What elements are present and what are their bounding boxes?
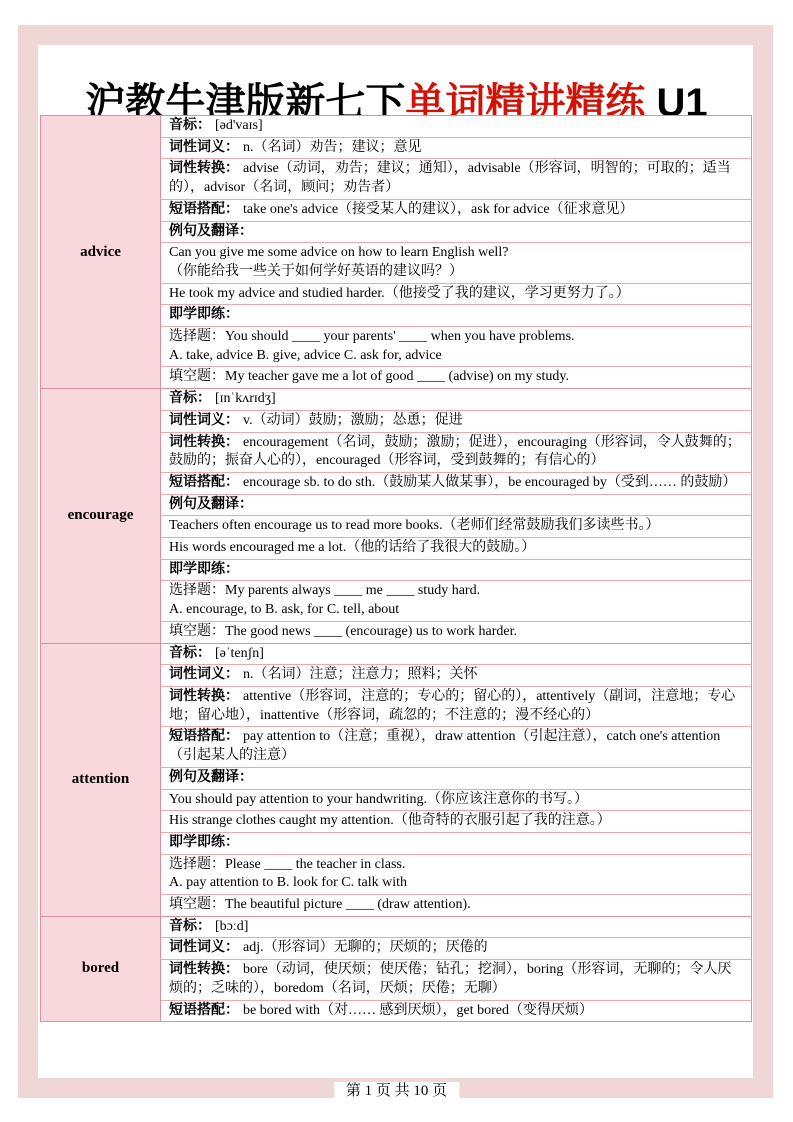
row-text: 选择题：My parents always ____ me ____ study… (169, 583, 480, 598)
detail-row: 词性转换：advise（动词，劝告；建议；通知），advisable（形容词，明… (161, 158, 751, 198)
row-text: Teachers often encourage us to read more… (169, 518, 659, 533)
row-text: 填空题：My teacher gave me a lot of good ___… (169, 369, 569, 384)
word-cell: advice (41, 116, 161, 388)
row-label: 即学即练： (169, 307, 239, 322)
row-text: His words encouraged me a lot.（他的话给了我很大的… (169, 540, 535, 555)
row-label: 词性转换： (169, 962, 239, 977)
detail-line: A. pay attention to B. look for C. talk … (169, 874, 745, 893)
detail-row: 短语搭配：pay attention to（注意；重视），draw attent… (161, 726, 751, 766)
detail-line: His words encouraged me a lot.（他的话给了我很大的… (169, 539, 745, 558)
detail-row: 例句及翻译： (161, 221, 751, 243)
row-label: 词性词义： (169, 140, 239, 155)
row-text: encourage sb. to do sth.（鼓励某人做某事），be enc… (243, 475, 736, 490)
row-label: 即学即练： (169, 835, 239, 850)
detail-line: 例句及翻译： (169, 496, 745, 515)
detail-line: 即学即练： (169, 561, 745, 580)
detail-line: （你能给我一些关于如何学好英语的建议吗？） (169, 263, 745, 282)
detail-row: 词性词义：n.（名词）劝告；建议；意见 (161, 137, 751, 159)
detail-row: 短语搭配：be bored with（对…… 感到厌烦），get bored（变… (161, 1000, 751, 1022)
row-label: 音标： (169, 919, 211, 934)
detail-line: A. take, advice B. give, advice C. ask f… (169, 347, 745, 366)
detail-row: Teachers often encourage us to read more… (161, 515, 751, 537)
word-section-encourage: encourage音标：[ɪnˈkʌrɪdʒ]词性词义：v.（动词）鼓励；激励；… (41, 388, 751, 642)
detail-row: You should pay attention to your handwri… (161, 789, 751, 811)
detail-line: 填空题：The beautiful picture ____ (draw att… (169, 896, 745, 915)
word-cell: attention (41, 644, 161, 916)
detail-line: 选择题：My parents always ____ me ____ study… (169, 582, 745, 601)
row-text: v.（动词）鼓励；激励；怂恿；促进 (243, 413, 463, 428)
detail-row: 即学即练： (161, 559, 751, 581)
detail-rows: 音标：[bɔːd]词性词义：adj.（形容词）无聊的；厌烦的；厌倦的词性转换：b… (161, 917, 751, 1022)
word-section-bored: bored音标：[bɔːd]词性词义：adj.（形容词）无聊的；厌烦的；厌倦的词… (41, 916, 751, 1022)
row-label: 例句及翻译： (169, 224, 253, 239)
row-text: 填空题：The good news ____ (encourage) us to… (169, 624, 517, 639)
row-label: 例句及翻译： (169, 497, 253, 512)
row-label: 短语搭配： (169, 202, 239, 217)
detail-line: 短语搭配：pay attention to（注意；重视），draw attent… (169, 728, 745, 765)
detail-row: He took my advice and studied harder.（他接… (161, 283, 751, 305)
row-text: 填空题：The beautiful picture ____ (draw att… (169, 897, 471, 912)
word-cell: encourage (41, 389, 161, 642)
row-text: [əd'vaɪs] (215, 118, 263, 133)
row-label: 词性词义： (169, 667, 239, 682)
detail-row: 即学即练： (161, 832, 751, 854)
detail-line: 填空题：The good news ____ (encourage) us to… (169, 623, 745, 642)
row-label: 短语搭配： (169, 729, 239, 744)
row-text: His strange clothes caught my attention.… (169, 813, 611, 828)
detail-row: 音标：[əˈtenʃn] (161, 644, 751, 665)
row-text: A. take, advice B. give, advice C. ask f… (169, 348, 442, 363)
detail-line: He took my advice and studied harder.（他接… (169, 285, 745, 304)
row-label: 短语搭配： (169, 1003, 239, 1018)
detail-row: 选择题：My parents always ____ me ____ study… (161, 580, 751, 620)
detail-row: 填空题：My teacher gave me a lot of good ___… (161, 366, 751, 388)
detail-line: 词性词义：n.（名词）劝告；建议；意见 (169, 139, 745, 158)
detail-line: 词性转换：bore（动词，使厌烦；使厌倦；钻孔；挖洞），boring（形容词，无… (169, 961, 745, 998)
detail-row: 词性转换：bore（动词，使厌烦；使厌倦；钻孔；挖洞），boring（形容词，无… (161, 959, 751, 999)
detail-row: 音标：[bɔːd] (161, 917, 751, 938)
detail-line: 短语搭配：take one's advice（接受某人的建议），ask for … (169, 201, 745, 220)
row-label: 词性词义： (169, 413, 239, 428)
detail-rows: 音标：[əd'vaɪs]词性词义：n.（名词）劝告；建议；意见词性转换：advi… (161, 116, 751, 388)
row-text: adj.（形容词）无聊的；厌烦的；厌倦的 (243, 940, 488, 955)
row-text: 选择题：Please ____ the teacher in class. (169, 857, 405, 872)
detail-row: His words encouraged me a lot.（他的话给了我很大的… (161, 537, 751, 559)
row-text: n.（名词）劝告；建议；意见 (243, 140, 422, 155)
detail-row: 短语搭配：encourage sb. to do sth.（鼓励某人做某事），b… (161, 472, 751, 494)
row-label: 即学即练： (169, 562, 239, 577)
row-text: A. encourage, to B. ask, for C. tell, ab… (169, 602, 399, 617)
detail-line: His strange clothes caught my attention.… (169, 812, 745, 831)
row-text: take one's advice（接受某人的建议），ask for advic… (243, 202, 634, 217)
row-text: be bored with（对…… 感到厌烦），get bored（变得厌烦） (243, 1003, 593, 1018)
detail-line: 即学即练： (169, 306, 745, 325)
row-text: [bɔːd] (215, 919, 248, 934)
page-number-footer: 第 1 页 共 10 页 (334, 1082, 459, 1100)
detail-line: 音标：[əd'vaɪs] (169, 117, 745, 136)
detail-line: 词性词义：v.（动词）鼓励；激励；怂恿；促进 (169, 412, 745, 431)
detail-row: 即学即练： (161, 304, 751, 326)
detail-line: 即学即练： (169, 834, 745, 853)
row-text: encouragement（名词，鼓励；激励；促进），encouraging（形… (169, 435, 741, 469)
detail-row: 填空题：The good news ____ (encourage) us to… (161, 621, 751, 643)
detail-line: 音标：[ɪnˈkʌrɪdʒ] (169, 390, 745, 409)
detail-line: A. encourage, to B. ask, for C. tell, ab… (169, 601, 745, 620)
detail-line: 词性词义：adj.（形容词）无聊的；厌烦的；厌倦的 (169, 939, 745, 958)
row-text: （你能给我一些关于如何学好英语的建议吗？） (169, 264, 463, 279)
detail-row: 填空题：The beautiful picture ____ (draw att… (161, 894, 751, 916)
detail-line: 例句及翻译： (169, 769, 745, 788)
detail-line: 词性转换：advise（动词，劝告；建议；通知），advisable（形容词，明… (169, 160, 745, 197)
detail-row: 词性词义：adj.（形容词）无聊的；厌烦的；厌倦的 (161, 937, 751, 959)
detail-line: 音标：[bɔːd] (169, 918, 745, 937)
detail-row: His strange clothes caught my attention.… (161, 810, 751, 832)
row-text: pay attention to（注意；重视），draw attention（引… (169, 729, 720, 763)
row-text: You should pay attention to your handwri… (169, 792, 588, 807)
row-text: n.（名词）注意；注意力；照料；关怀 (243, 667, 478, 682)
detail-line: Teachers often encourage us to read more… (169, 517, 745, 536)
row-text: advise（动词，劝告；建议；通知），advisable（形容词，明智的；可取… (169, 161, 731, 195)
detail-row: 词性转换：attentive（形容词，注意的；专心的；留心的），attentiv… (161, 686, 751, 726)
row-label: 音标： (169, 391, 211, 406)
row-label: 例句及翻译： (169, 770, 253, 785)
detail-rows: 音标：[əˈtenʃn]词性词义：n.（名词）注意；注意力；照料；关怀词性转换：… (161, 644, 751, 916)
word-section-attention: attention音标：[əˈtenʃn]词性词义：n.（名词）注意；注意力；照… (41, 643, 751, 916)
row-text: A. pay attention to B. look for C. talk … (169, 875, 407, 890)
row-label: 音标： (169, 118, 211, 133)
detail-line: Can you give me some advice on how to le… (169, 244, 745, 263)
detail-row: Can you give me some advice on how to le… (161, 242, 751, 282)
row-text: Can you give me some advice on how to le… (169, 245, 508, 260)
row-label: 词性转换： (169, 435, 239, 450)
row-text: [əˈtenʃn] (215, 646, 264, 661)
detail-row: 选择题：Please ____ the teacher in class.A. … (161, 854, 751, 894)
detail-line: 选择题：You should ____ your parents' ____ w… (169, 328, 745, 347)
detail-row: 例句及翻译： (161, 767, 751, 789)
row-text: attentive（形容词，注意的；专心的；留心的），attentively（副… (169, 689, 735, 723)
detail-line: You should pay attention to your handwri… (169, 791, 745, 810)
detail-line: 短语搭配：encourage sb. to do sth.（鼓励某人做某事），b… (169, 474, 745, 493)
detail-row: 词性词义：n.（名词）注意；注意力；照料；关怀 (161, 664, 751, 686)
row-text: [ɪnˈkʌrɪdʒ] (215, 391, 276, 406)
row-label: 词性词义： (169, 940, 239, 955)
detail-row: 词性词义：v.（动词）鼓励；激励；怂恿；促进 (161, 410, 751, 432)
detail-row: 音标：[əd'vaɪs] (161, 116, 751, 137)
detail-line: 例句及翻译： (169, 223, 745, 242)
detail-line: 填空题：My teacher gave me a lot of good ___… (169, 368, 745, 387)
row-label: 词性转换： (169, 161, 239, 176)
word-section-advice: advice音标：[əd'vaɪs]词性词义：n.（名词）劝告；建议；意见词性转… (41, 116, 751, 388)
row-text: bore（动词，使厌烦；使厌倦；钻孔；挖洞），boring（形容词，无聊的；令人… (169, 962, 731, 996)
detail-line: 音标：[əˈtenʃn] (169, 645, 745, 664)
row-label: 词性转换： (169, 689, 239, 704)
detail-line: 词性转换：encouragement（名词，鼓励；激励；促进），encourag… (169, 434, 745, 471)
word-cell: bored (41, 917, 161, 1022)
row-label: 短语搭配： (169, 475, 239, 490)
detail-line: 短语搭配：be bored with（对…… 感到厌烦），get bored（变… (169, 1002, 745, 1021)
detail-row: 词性转换：encouragement（名词，鼓励；激励；促进），encourag… (161, 432, 751, 472)
detail-row: 短语搭配：take one's advice（接受某人的建议），ask for … (161, 199, 751, 221)
detail-line: 词性转换：attentive（形容词，注意的；专心的；留心的），attentiv… (169, 688, 745, 725)
detail-rows: 音标：[ɪnˈkʌrɪdʒ]词性词义：v.（动词）鼓励；激励；怂恿；促进词性转换… (161, 389, 751, 642)
detail-row: 音标：[ɪnˈkʌrɪdʒ] (161, 389, 751, 410)
detail-row: 例句及翻译： (161, 494, 751, 516)
row-text: He took my advice and studied harder.（他接… (169, 286, 630, 301)
row-label: 音标： (169, 646, 211, 661)
vocab-table: advice音标：[əd'vaɪs]词性词义：n.（名词）劝告；建议；意见词性转… (40, 115, 752, 1022)
detail-row: 选择题：You should ____ your parents' ____ w… (161, 326, 751, 366)
detail-line: 选择题：Please ____ the teacher in class. (169, 856, 745, 875)
detail-line: 词性词义：n.（名词）注意；注意力；照料；关怀 (169, 666, 745, 685)
row-text: 选择题：You should ____ your parents' ____ w… (169, 329, 575, 344)
